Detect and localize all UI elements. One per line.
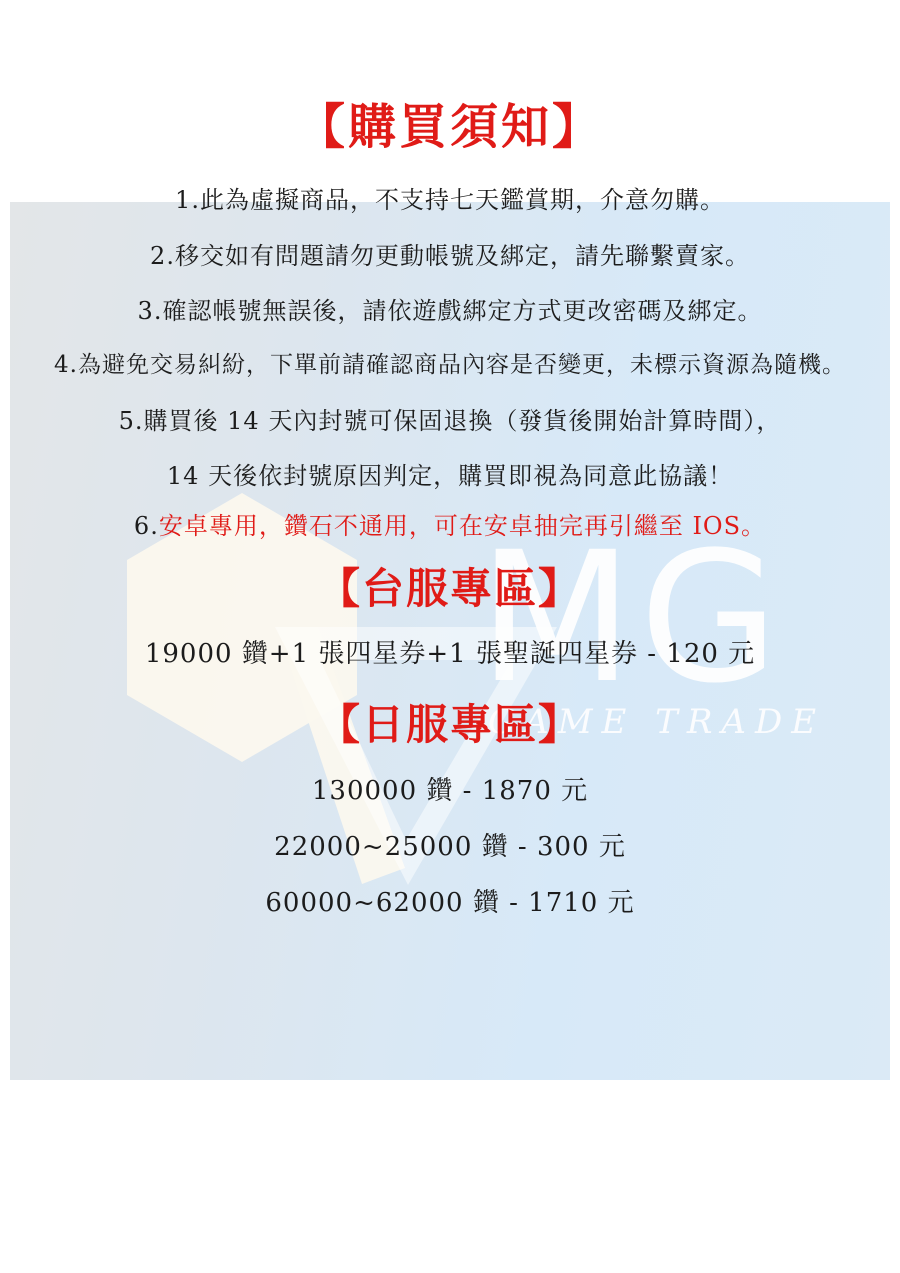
notice-line-6: 6.安卓專用，鑽石不通用，可在安卓抽完再引繼至 IOS。: [0, 506, 900, 541]
price-line-taiwan-1: 19000 鑽+1 張四星券+1 張聖誕四星券 - 120 元: [0, 633, 900, 670]
price-line-japan-2: 22000~25000 鑽 - 300 元: [0, 826, 900, 863]
notice-line-1: 1.此為虛擬商品，不支持七天鑑賞期，介意勿購。: [0, 180, 900, 215]
notice-6-number: 6.: [134, 512, 159, 540]
notice-line-3: 3.確認帳號無誤後，請依遊戲綁定方式更改密碼及綁定。: [0, 291, 900, 326]
notice-line-2: 2.移交如有問題請勿更動帳號及綁定，請先聯繫賣家。: [0, 236, 900, 271]
page-title: 【購買須知】: [0, 88, 900, 157]
document-content: 【購買須知】 1.此為虛擬商品，不支持七天鑑賞期，介意勿購。 2.移交如有問題請…: [0, 0, 900, 1273]
section-title-taiwan-server: 【台服專區】: [0, 556, 900, 616]
notice-line-5-continued: 14 天後依封號原因判定，購買即視為同意此協議！: [0, 456, 900, 491]
notice-line-4: 4.為避免交易糾紛，下單前請確認商品內容是否變更，未標示資源為隨機。: [0, 346, 900, 379]
notice-6-text: 安卓專用，鑽石不通用，可在安卓抽完再引繼至 IOS。: [159, 512, 766, 540]
price-line-japan-3: 60000~62000 鑽 - 1710 元: [0, 882, 900, 919]
price-line-japan-1: 130000 鑽 - 1870 元: [0, 770, 900, 807]
section-title-japan-server: 【日服專區】: [0, 692, 900, 752]
notice-line-5: 5.購買後 14 天內封號可保固退換（發貨後開始計算時間），: [0, 401, 900, 436]
